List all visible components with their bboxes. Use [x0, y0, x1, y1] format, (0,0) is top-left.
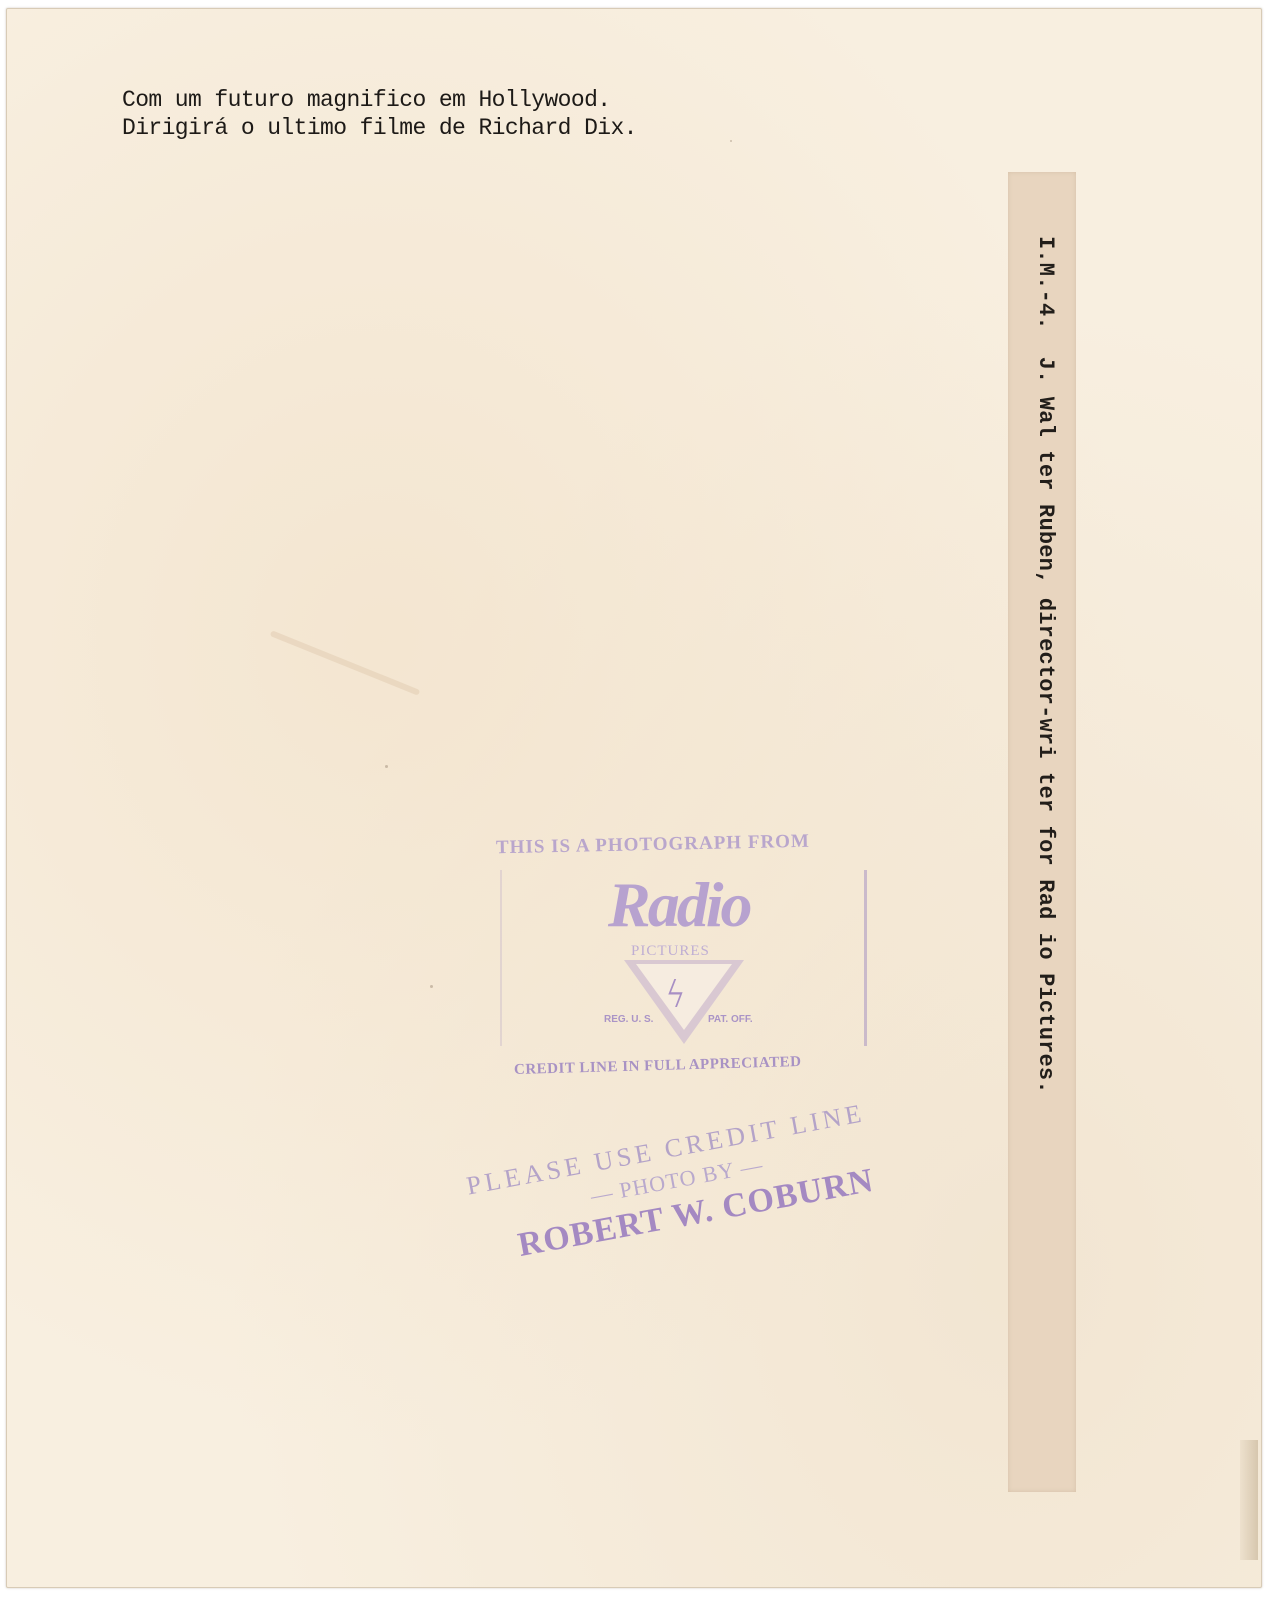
typed-caption: Com um futuro magnifico em Hollywood.Dir…	[122, 86, 637, 142]
pat-label: PAT. OFF.	[708, 1014, 753, 1025]
label-strip-text: I.M.-4. J. Wal ter Ruben, director-wri t…	[1033, 236, 1058, 1094]
stamp-header: THIS IS A PHOTOGRAPH FROM	[496, 831, 810, 860]
paper-speck	[385, 765, 388, 768]
corner-wear	[1240, 1440, 1258, 1560]
lightning-bolt-icon: ϟ	[666, 970, 684, 1017]
radio-logo: Radio	[608, 868, 749, 942]
paper-speck	[430, 985, 433, 988]
reg-label: REG. U. S.	[604, 1014, 653, 1025]
paper-speck	[730, 140, 732, 142]
caption-line-1: Com um futuro magnifico em Hollywood.	[122, 86, 637, 114]
caption-line-2: Dirigirá o ultimo filme de Richard Dix.	[122, 114, 637, 142]
pictures-label: PICTURES	[631, 943, 710, 960]
